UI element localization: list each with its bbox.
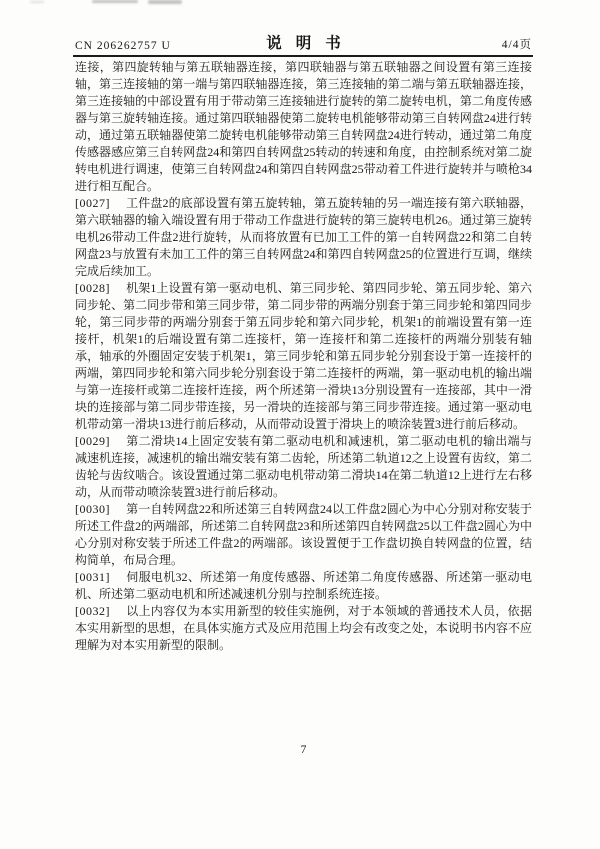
page-header: CN 206262757 U 说明书 4/4页 xyxy=(75,30,532,53)
paragraph: [0029]第二滑块14上固定安装有第二驱动电机和减速机，第二驱动电机的输出端与… xyxy=(75,433,532,501)
paragraph: 连接，第四旋转轴与第五联轴器连接，第四联轴器与第五联轴器之间设置有第三连接轴，第… xyxy=(75,59,532,195)
specification-body: 连接，第四旋转轴与第五联轴器连接，第四联轴器与第五联轴器之间设置有第三连接轴，第… xyxy=(75,59,532,654)
paragraph-text: 连接，第四旋转轴与第五联轴器连接，第四联轴器与第五联轴器之间设置有第三连接轴，第… xyxy=(75,60,532,193)
paragraph: [0032]以上内容仅为本实用新型的较佳实施例，对于本领域的普通技术人员，依据本… xyxy=(75,603,532,654)
paragraph-tag: [0030] xyxy=(75,502,110,516)
paragraph-tag: [0032] xyxy=(75,604,110,618)
paragraph-tag: [0029] xyxy=(75,434,110,448)
page-number: 7 xyxy=(301,744,307,756)
paragraph-tag: [0028] xyxy=(75,281,110,295)
paragraph: [0028]机架1上设置有第一驱动电机、第三同步轮、第四同步轮、第五同步轮、第六… xyxy=(75,280,532,433)
scan-artifact xyxy=(148,0,182,4)
paragraph: [0027]工件盘2的底部设置有第五旋转轴，第五旋转轴的另一端连接有第六联轴器，… xyxy=(75,195,532,280)
header-divider xyxy=(73,55,533,57)
paragraph-text: 伺服电机32、所述第一角度传感器、所述第二角度传感器、所述第一驱动电机、所述第二… xyxy=(75,570,532,601)
scan-artifact xyxy=(30,1,44,3)
paragraph-text: 机架1上设置有第一驱动电机、第三同步轮、第四同步轮、第五同步轮、第六同步轮、第二… xyxy=(75,281,532,431)
paragraph-tag: [0027] xyxy=(75,196,110,210)
document-number: CN 206262757 U xyxy=(75,40,171,52)
paragraph: [0031]伺服电机32、所述第一角度传感器、所述第二角度传感器、所述第一驱动电… xyxy=(75,569,532,603)
page-indicator: 4/4页 xyxy=(502,36,532,52)
paragraph-text: 以上内容仅为本实用新型的较佳实施例，对于本领域的普通技术人员，依据本实用新型的思… xyxy=(75,604,532,652)
paragraph-text: 第一自转网盘22和所述第三自转网盘24以工件盘2圆心为中心分别对称安装于所述工件… xyxy=(75,502,532,567)
paragraph-text: 工件盘2的底部设置有第五旋转轴，第五旋转轴的另一端连接有第六联轴器，第六联轴器的… xyxy=(75,196,532,278)
page-title: 说明书 xyxy=(252,31,355,53)
paragraph-tag: [0031] xyxy=(75,570,110,584)
page-footer: 7 xyxy=(75,744,532,756)
patent-specification-page: CN 206262757 U 说明书 4/4页 连接，第四旋转轴与第五联轴器连接… xyxy=(0,0,600,849)
scan-artifact xyxy=(92,0,138,3)
paragraph-text: 第二滑块14上固定安装有第二驱动电机和减速机，第二驱动电机的输出端与减速机连接，… xyxy=(75,434,532,499)
paragraph: [0030]第一自转网盘22和所述第三自转网盘24以工件盘2圆心为中心分别对称安… xyxy=(75,501,532,569)
